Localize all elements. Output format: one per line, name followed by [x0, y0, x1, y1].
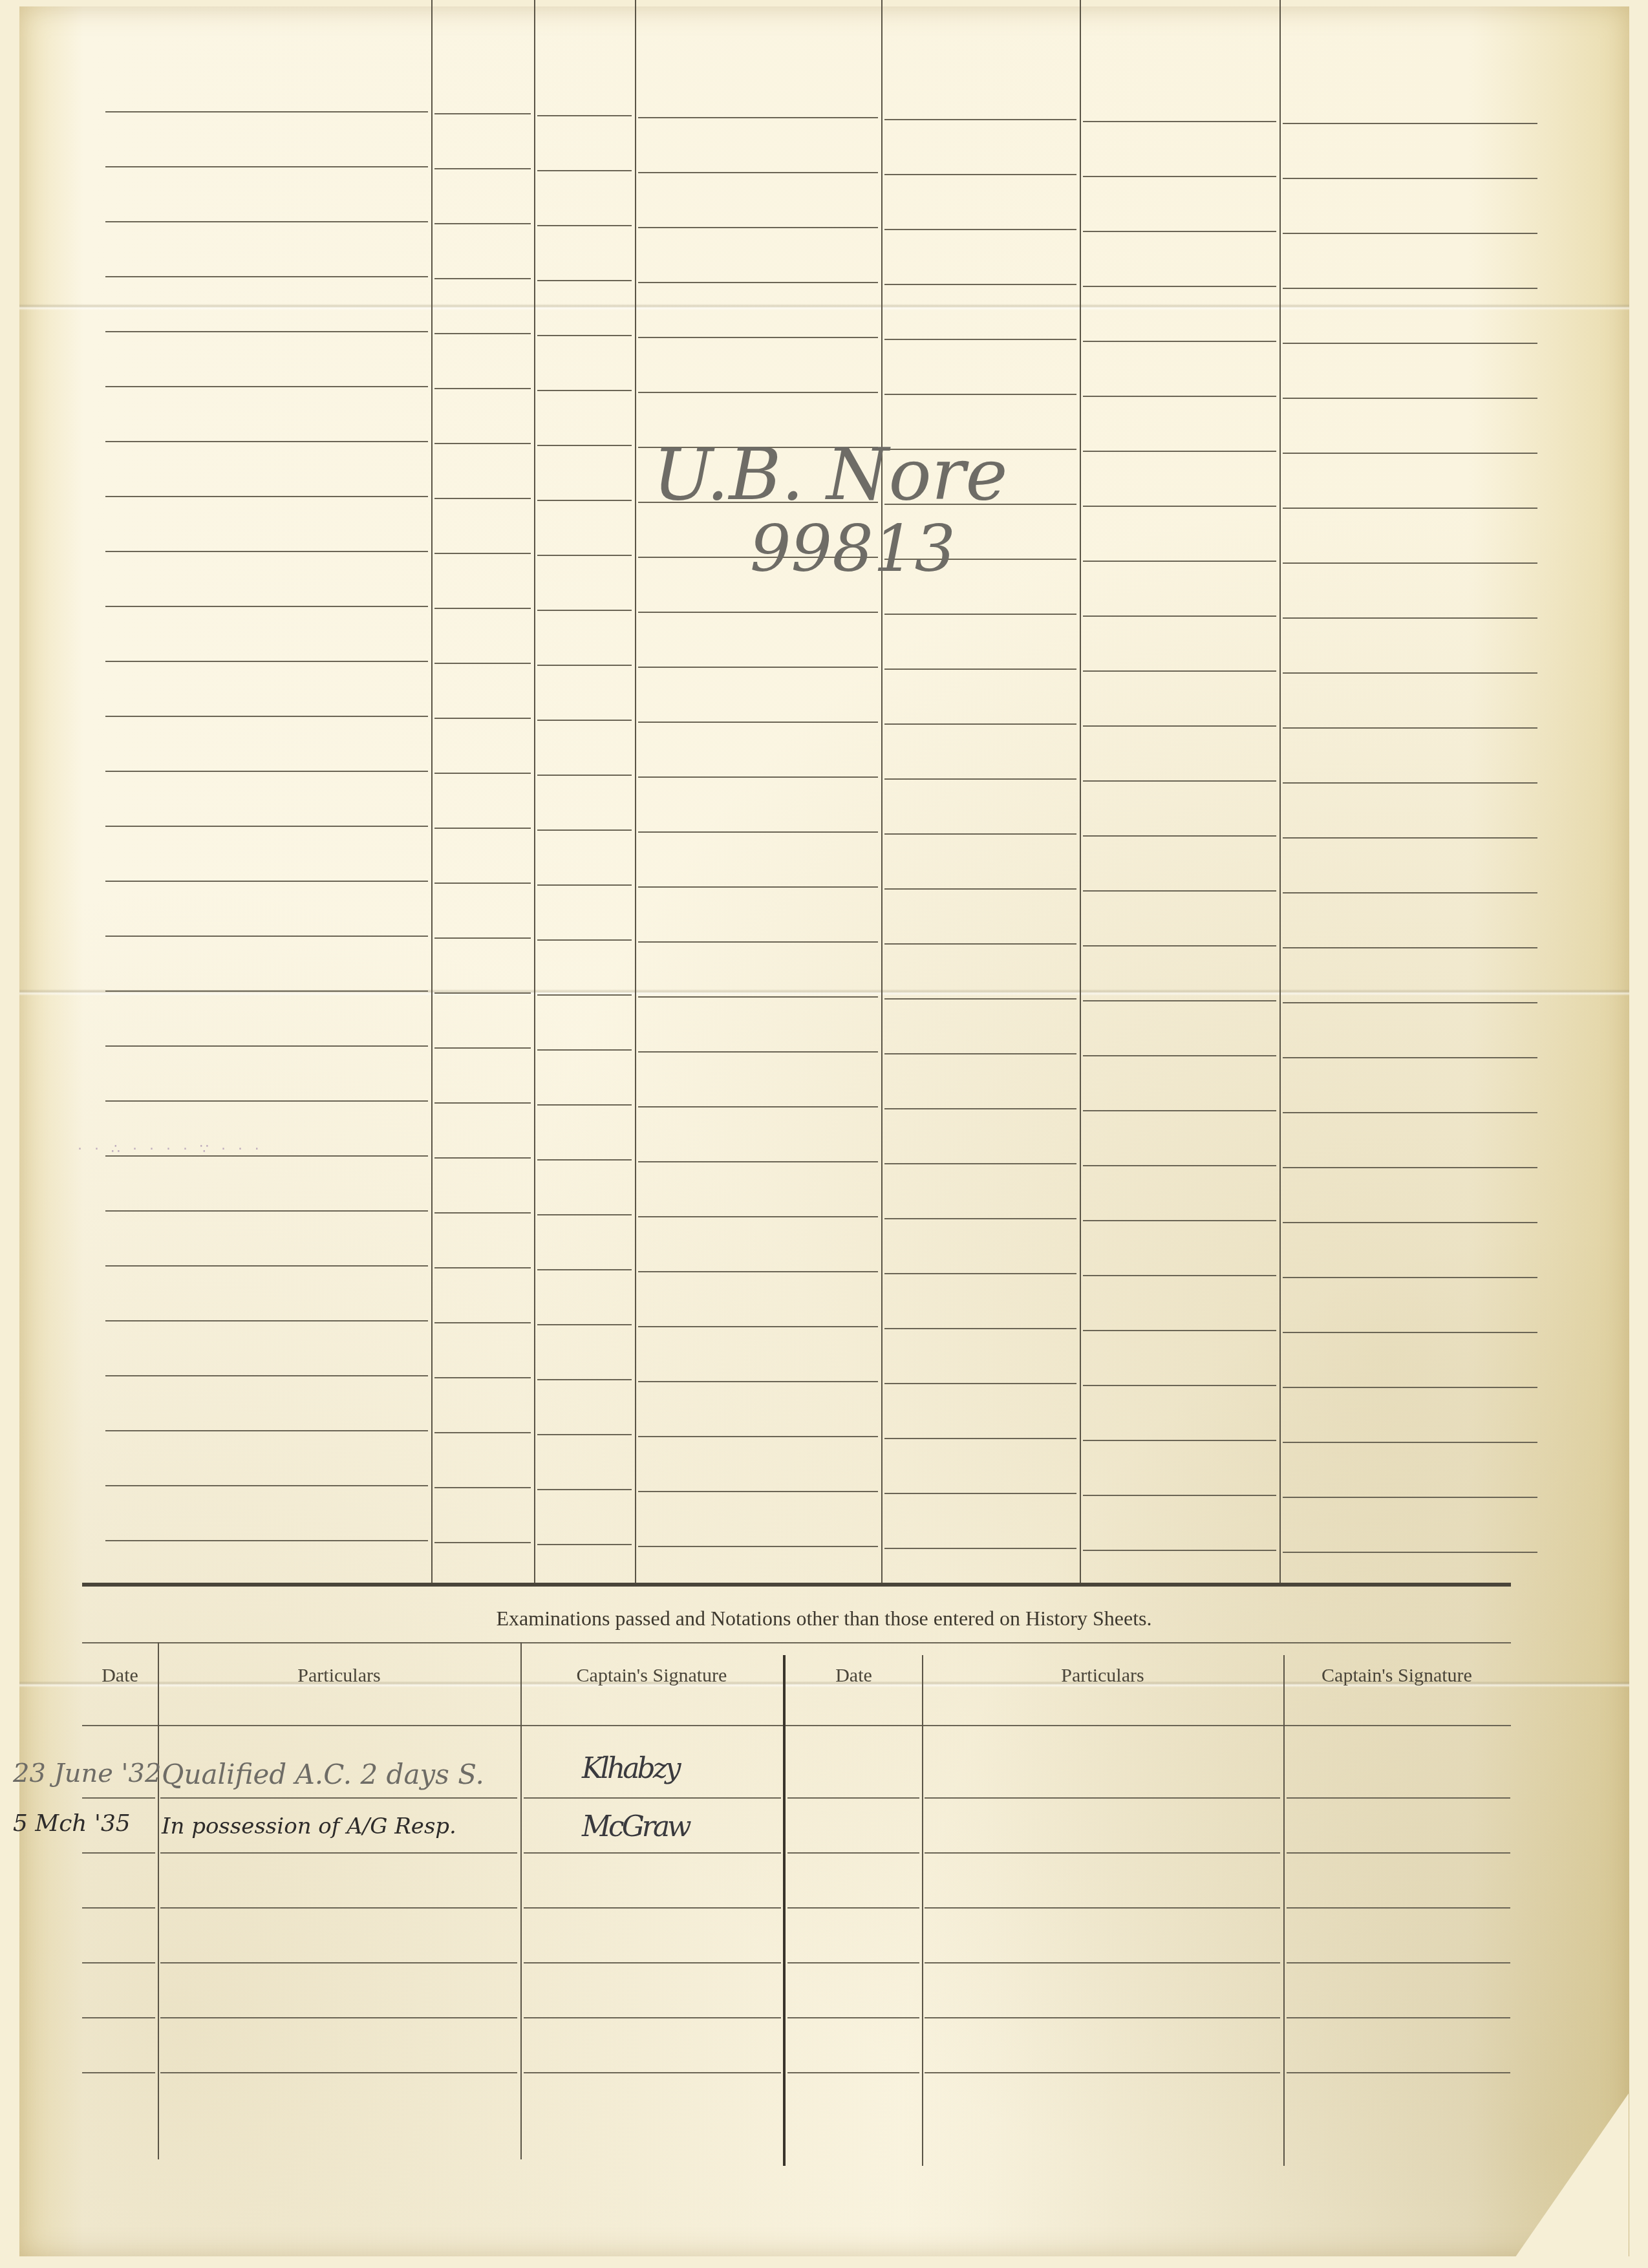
ledger-row-rule: [1083, 835, 1276, 837]
ledger-row-rule: [1083, 890, 1276, 892]
ledger-row-rule: [105, 1265, 428, 1267]
ledger-row-rule: [638, 1491, 878, 1492]
exam-row-rule: [524, 1907, 781, 1909]
ledger-row-rule: [537, 1379, 632, 1380]
examinations-header-top-rule: [82, 1642, 1511, 1643]
handwritten-note-line2: 99813: [750, 511, 956, 586]
exam-row-rule: [82, 1852, 155, 1854]
ledger-row-rule: [638, 1436, 878, 1437]
exam-center-divider: [783, 1655, 786, 2166]
ledger-row-rule: [105, 1100, 428, 1102]
ledger-column-divider: [635, 0, 636, 1584]
exam-row-rule: [1287, 2072, 1510, 2073]
ledger-row-rule: [1283, 782, 1537, 784]
ledger-row-rule: [434, 1432, 531, 1433]
ledger-row-rule: [884, 119, 1076, 120]
ledger-row-rule: [434, 828, 531, 829]
ledger-row-rule: [1083, 1440, 1276, 1441]
exam-row-rule: [1287, 1797, 1510, 1799]
ledger-row-rule: [537, 665, 632, 666]
ledger-row-rule: [537, 1434, 632, 1435]
captain-signature: McGraw: [582, 1810, 689, 1843]
ledger-row-rule: [1083, 451, 1276, 452]
ledger-row-rule: [537, 390, 632, 391]
exam-row-rule: [82, 1907, 155, 1909]
ledger-row-rule: [1283, 288, 1537, 289]
ledger-row-rule: [434, 1322, 531, 1323]
ledger-row-rule: [434, 1267, 531, 1268]
exam-row-rule: [787, 1962, 919, 1963]
ledger-row-rule: [884, 339, 1076, 340]
ledger-column-divider: [1080, 0, 1081, 1584]
ledger-row-rule: [105, 1430, 428, 1431]
ledger-row-rule: [884, 1383, 1076, 1384]
exam-row-rule: [925, 1852, 1280, 1854]
ledger-row-rule: [1283, 1387, 1537, 1388]
ledger-row-rule: [537, 555, 632, 556]
ledger-row-rule: [884, 394, 1076, 395]
header-date-left: Date: [82, 1665, 158, 1687]
ledger-row-rule: [1283, 1057, 1537, 1058]
ledger-row-rule: [638, 1216, 878, 1217]
ledger-row-rule: [1283, 453, 1537, 454]
ledger-row-rule: [1083, 506, 1276, 507]
ledger-row-rule: [1083, 561, 1276, 562]
ledger-row-rule: [1283, 233, 1537, 234]
ledger-row-rule: [1283, 123, 1537, 124]
ledger-row-rule: [537, 884, 632, 886]
ledger-row-rule: [884, 1218, 1076, 1219]
ledger-row-rule: [638, 996, 878, 998]
ledger-row-rule: [884, 614, 1076, 615]
folded-corner: [1512, 2093, 1629, 2262]
exam-row-rule: [82, 2072, 155, 2073]
ledger-row-rule: [105, 441, 428, 442]
exam-row-rule: [787, 1907, 919, 1909]
ledger-row-rule: [884, 1163, 1076, 1164]
ledger-row-rule: [884, 1493, 1076, 1494]
exam-column-divider: [158, 1642, 159, 2159]
ledger-row-rule: [434, 992, 531, 994]
header-particulars-left: Particulars: [158, 1665, 520, 1687]
ledger-row-rule: [434, 937, 531, 939]
exam-row-rule: [925, 1907, 1280, 1909]
ledger-row-rule: [1083, 1495, 1276, 1496]
ledger-row-rule: [434, 773, 531, 774]
ledger-row-rule: [434, 1377, 531, 1378]
ledger-row-rule: [434, 1102, 531, 1104]
ledger-row-rule: [1283, 1552, 1537, 1553]
entry-particulars: In possession of A/G Resp.: [162, 1813, 456, 1839]
ledger-row-rule: [537, 1544, 632, 1545]
ledger-row-rule: [1283, 617, 1537, 619]
ledger-row-rule: [638, 667, 878, 668]
exam-row-rule: [524, 2072, 781, 2073]
ledger-row-rule: [105, 111, 428, 112]
ledger-row-rule: [537, 280, 632, 281]
ledger-row-rule: [105, 661, 428, 662]
ledger-row-rule: [105, 606, 428, 607]
ledger-column-divider: [1279, 0, 1281, 1584]
ledger-row-rule: [105, 496, 428, 497]
ledger-row-rule: [638, 831, 878, 833]
exam-row-rule: [524, 1852, 781, 1854]
exam-row-rule: [82, 1797, 155, 1799]
ledger-row-rule: [1083, 780, 1276, 782]
ledger-row-rule: [105, 221, 428, 222]
exam-row-rule: [925, 1962, 1280, 1963]
ledger-row-rule: [105, 1045, 428, 1047]
ledger-row-rule: [1083, 1055, 1276, 1056]
ledger-row-rule: [638, 1546, 878, 1547]
exam-row-rule: [160, 1907, 517, 1909]
ledger-row-rule: [1283, 1222, 1537, 1223]
ledger-row-rule: [884, 998, 1076, 1000]
section-divider-rule: [82, 1583, 1511, 1587]
ledger-row-rule: [638, 776, 878, 778]
ledger-row-rule: [537, 1159, 632, 1161]
header-signature-left: Captain's Signature: [520, 1665, 783, 1687]
ledger-row-rule: [1283, 398, 1537, 399]
ledger-row-rule: [884, 723, 1076, 725]
exam-row-rule: [1287, 1907, 1510, 1909]
ledger-row-rule: [537, 939, 632, 941]
ledger-row-rule: [434, 1047, 531, 1049]
ledger-row-rule: [638, 392, 878, 393]
ledger-row-rule: [1083, 1385, 1276, 1386]
exam-row-rule: [160, 2017, 517, 2018]
faint-stamp: · · ∴ · · · · ∵ · · ·: [78, 1141, 263, 1157]
ledger-row-rule: [638, 722, 878, 723]
ledger-row-rule: [105, 881, 428, 882]
ledger-row-rule: [1083, 1165, 1276, 1166]
ledger-row-rule: [1083, 1220, 1276, 1221]
ledger-row-rule: [105, 826, 428, 827]
ledger-row-rule: [105, 716, 428, 717]
ledger-row-rule: [638, 1326, 878, 1327]
ledger-row-rule: [638, 282, 878, 283]
entry-date: 5 Mch '35: [13, 1810, 131, 1837]
ledger-row-rule: [434, 883, 531, 884]
ledger-row-rule: [105, 1320, 428, 1321]
ledger-row-rule: [1083, 286, 1276, 287]
ledger-row-rule: [1083, 1110, 1276, 1111]
ledger-row-rule: [105, 990, 428, 992]
ledger-row-rule: [1283, 562, 1537, 564]
examinations-header-bottom-rule: [82, 1725, 1511, 1726]
ledger-row-rule: [537, 225, 632, 226]
ledger-row-rule: [1083, 1275, 1276, 1276]
ledger-row-rule: [537, 775, 632, 776]
ledger-row-rule: [434, 1157, 531, 1159]
exam-row-rule: [160, 2072, 517, 2073]
ledger-row-rule: [105, 551, 428, 552]
exam-column-divider: [922, 1655, 923, 2166]
ledger-row-rule: [537, 1489, 632, 1490]
ledger-row-rule: [434, 718, 531, 719]
ledger-row-rule: [105, 331, 428, 332]
ledger-row-rule: [1283, 672, 1537, 674]
ledger-row-rule: [884, 1328, 1076, 1329]
ledger-row-rule: [1083, 1330, 1276, 1331]
ledger-row-rule: [105, 1375, 428, 1376]
ledger-row-rule: [1083, 231, 1276, 232]
exam-row-rule: [787, 1852, 919, 1854]
ledger-row-rule: [434, 443, 531, 444]
ledger-row-rule: [638, 1161, 878, 1162]
ledger-row-rule: [105, 1540, 428, 1541]
ledger-row-rule: [1083, 1000, 1276, 1001]
exam-row-rule: [787, 2072, 919, 2073]
ledger-row-rule: [884, 888, 1076, 890]
ledger-row-rule: [884, 833, 1076, 835]
ledger-row-rule: [1083, 725, 1276, 727]
ledger-row-rule: [105, 386, 428, 387]
ledger-row-rule: [1083, 121, 1276, 122]
ledger-row-rule: [537, 1269, 632, 1270]
ledger-row-rule: [105, 936, 428, 937]
ledger-row-rule: [434, 553, 531, 554]
ledger-row-rule: [537, 610, 632, 611]
ledger-row-rule: [434, 168, 531, 169]
ledger-row-rule: [537, 335, 632, 336]
ledger-row-rule: [638, 1381, 878, 1382]
ledger-row-rule: [884, 669, 1076, 670]
fold-crease-top: [19, 304, 1629, 310]
ledger-row-rule: [537, 170, 632, 171]
ledger-row-rule: [638, 117, 878, 118]
ledger-row-rule: [537, 500, 632, 501]
ledger-row-rule: [884, 1108, 1076, 1109]
exam-row-rule: [160, 1962, 517, 1963]
exam-row-rule: [82, 2017, 155, 2018]
ledger-row-rule: [1283, 947, 1537, 948]
exam-row-rule: [925, 2017, 1280, 2018]
ledger-row-rule: [105, 276, 428, 277]
ledger-row-rule: [105, 1485, 428, 1486]
ledger-row-rule: [434, 388, 531, 389]
ledger-column-divider: [431, 0, 433, 1584]
exam-row-rule: [1287, 1962, 1510, 1963]
ledger-row-rule: [638, 337, 878, 338]
exam-column-divider: [1283, 1655, 1285, 2166]
ledger-row-rule: [1283, 1497, 1537, 1498]
ledger-row-rule: [1283, 1112, 1537, 1113]
exam-row-rule: [1287, 1852, 1510, 1854]
ledger-row-rule: [105, 1210, 428, 1212]
ledger-row-rule: [1283, 178, 1537, 179]
ledger-row-rule: [434, 1542, 531, 1543]
ledger-row-rule: [1083, 670, 1276, 672]
exam-row-rule: [160, 1852, 517, 1854]
ledger-row-rule: [434, 1212, 531, 1214]
ledger-row-rule: [537, 829, 632, 831]
entry-particulars: Qualified A.C. 2 days S.: [162, 1759, 484, 1790]
ledger-row-rule: [434, 278, 531, 279]
ledger-row-rule: [1083, 341, 1276, 342]
ledger-row-rule: [884, 229, 1076, 230]
ledger-row-rule: [434, 498, 531, 499]
captain-signature: Klhabzy: [582, 1752, 679, 1785]
header-signature-right: Captain's Signature: [1283, 1665, 1510, 1687]
ledger-row-rule: [638, 1106, 878, 1107]
ledger-row-rule: [537, 1324, 632, 1325]
header-particulars-right: Particulars: [922, 1665, 1283, 1687]
ledger-row-rule: [537, 445, 632, 446]
ledger-row-rule: [638, 612, 878, 613]
ledger-row-rule: [884, 284, 1076, 285]
ledger-row-rule: [884, 1273, 1076, 1274]
ledger-row-rule: [1283, 1002, 1537, 1003]
ledger-row-rule: [638, 941, 878, 943]
ledger-row-rule: [1083, 1550, 1276, 1551]
ledger-column-divider: [881, 0, 883, 1584]
ledger-row-rule: [638, 227, 878, 228]
document-page: [19, 6, 1629, 2256]
ledger-row-rule: [537, 1214, 632, 1215]
ledger-row-rule: [1083, 396, 1276, 397]
ledger-row-rule: [105, 771, 428, 772]
ledger-row-rule: [1283, 1277, 1537, 1278]
ledger-row-rule: [884, 1438, 1076, 1439]
handwritten-note-line1: U.B. Nore: [653, 433, 1008, 516]
ledger-row-rule: [434, 223, 531, 224]
ledger-row-rule: [1083, 615, 1276, 617]
ledger-row-rule: [884, 1548, 1076, 1549]
ledger-row-rule: [1283, 1332, 1537, 1333]
examinations-section-title: Examinations passed and Notations other …: [0, 1607, 1648, 1631]
ledger-row-rule: [638, 172, 878, 173]
ledger-row-rule: [434, 333, 531, 334]
exam-row-rule: [82, 1962, 155, 1963]
ledger-row-rule: [434, 1487, 531, 1488]
header-date-right: Date: [786, 1665, 922, 1687]
exam-row-rule: [524, 1962, 781, 1963]
exam-column-divider: [520, 1642, 522, 2159]
ledger-row-rule: [434, 113, 531, 114]
ledger-row-rule: [1283, 508, 1537, 509]
ledger-row-rule: [1283, 837, 1537, 839]
exam-row-rule: [787, 1797, 919, 1799]
ledger-row-rule: [638, 1051, 878, 1053]
ledger-row-rule: [434, 663, 531, 664]
ledger-row-rule: [884, 174, 1076, 175]
ledger-row-rule: [434, 608, 531, 609]
ledger-row-rule: [1283, 892, 1537, 893]
exam-row-rule: [524, 1797, 781, 1799]
ledger-row-rule: [105, 166, 428, 167]
exam-row-rule: [787, 2017, 919, 2018]
ledger-row-rule: [537, 720, 632, 721]
ledger-row-rule: [1283, 1167, 1537, 1168]
exam-row-rule: [160, 1797, 517, 1799]
ledger-row-rule: [1083, 945, 1276, 947]
ledger-row-rule: [1283, 727, 1537, 729]
exam-row-rule: [1287, 2017, 1510, 2018]
ledger-row-rule: [884, 943, 1076, 945]
ledger-row-rule: [537, 1104, 632, 1106]
ledger-column-divider: [534, 0, 535, 1584]
ledger-row-rule: [884, 778, 1076, 780]
ledger-row-rule: [537, 1049, 632, 1051]
ledger-row-rule: [1283, 1442, 1537, 1443]
ledger-row-rule: [1083, 176, 1276, 177]
exam-row-rule: [925, 1797, 1280, 1799]
ledger-row-rule: [884, 1053, 1076, 1054]
ledger-row-rule: [638, 886, 878, 888]
ledger-row-rule: [638, 1271, 878, 1272]
exam-row-rule: [925, 2072, 1280, 2073]
exam-row-rule: [524, 2017, 781, 2018]
ledger-row-rule: [537, 994, 632, 996]
ledger-row-rule: [537, 115, 632, 116]
entry-date: 23 June '32: [13, 1759, 161, 1788]
ledger-row-rule: [1283, 343, 1537, 344]
